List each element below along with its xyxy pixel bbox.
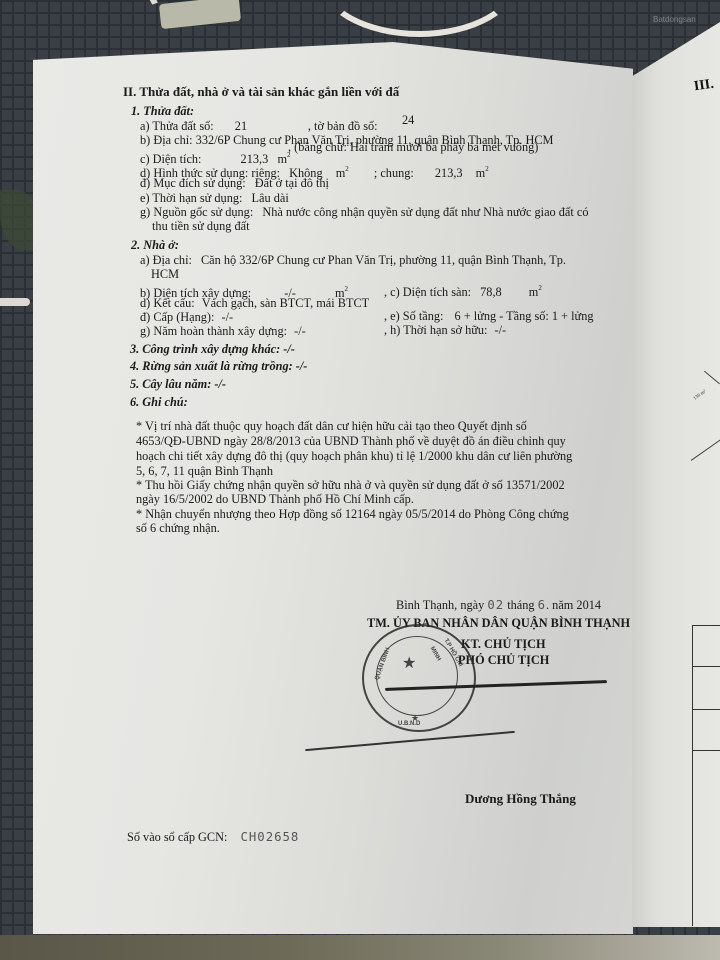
field-label: , e) Số tầng: <box>384 309 443 323</box>
house-heading: 2. Nhà ở: <box>131 237 179 253</box>
structure-value: Vách gạch, sàn BTCT, mái BTCT <box>198 296 369 310</box>
usage-purpose-row: đ) Mục đích sử dụng: Đất ở tại đô thị <box>140 175 329 191</box>
field-label: b) Địa chỉ: <box>140 133 193 147</box>
grade-value: -/- <box>218 310 234 324</box>
usage-origin-cont: thu tiền sử dụng đất <box>152 218 250 234</box>
land-heading: 1. Thửa đất: <box>131 103 194 119</box>
field-label: g) Năm hoàn thành xây dựng: <box>140 324 287 338</box>
note-line: số 6 chứng nhận. <box>136 520 220 536</box>
ownership-term-row: , h) Thời hạn sở hữu: -/- <box>384 322 506 338</box>
field-label: g) Nguồn gốc sử dụng: <box>140 205 253 219</box>
usage-term: Lâu dài <box>246 191 289 205</box>
seal-text: U.B.N.D <box>398 716 420 732</box>
land-area-words: , (bằng chữ: Hai trăm mười ba phẩy ba mé… <box>288 139 538 155</box>
section-title: II. Thửa đất, nhà ở và tài sản khác gắn … <box>123 84 399 100</box>
field-label: ; chung: <box>352 166 414 180</box>
month-label: tháng <box>507 598 534 612</box>
ownership-term-value: -/- <box>491 323 507 337</box>
unit: m <box>505 285 539 299</box>
note-line: hoạch chi tiết xây dựng đô thị (quy hoạc… <box>136 448 572 464</box>
year-label: năm 2014 <box>552 598 601 612</box>
field-label: d) Kết cấu: <box>140 296 195 310</box>
field-label: , c) Diện tích sàn: <box>384 285 471 299</box>
for-chairman: KT. CHỦ TỊCH <box>461 636 546 652</box>
floor-area-value: 78,8 <box>474 285 502 299</box>
floors-value: 6 + lửng - Tầng số: 1 + lửng <box>447 309 594 323</box>
field-label: , h) Thời hạn sở hữu: <box>384 323 487 337</box>
document-body: II. Thửa đất, nhà ở và tài sản khác gắn … <box>0 0 720 960</box>
registry-label: Số vào sổ cấp GCN: <box>127 830 227 844</box>
other-construction: 3. Công trình xây dựng khác: -/- <box>130 341 295 357</box>
field-label: , tờ bản đồ số: <box>308 119 378 133</box>
place-date: Bình Thạnh, ngày 02 tháng 6. năm 2014 <box>396 597 601 613</box>
perennial-trees: 5. Cây lâu năm: -/- <box>130 376 226 392</box>
usage-purpose: Đất ở tại đô thị <box>249 176 329 190</box>
signer-name: Dương Hồng Thắng <box>465 791 576 807</box>
note-line: ngày 16/5/2002 do UBND Thành phố Hồ Chí … <box>136 491 414 507</box>
house-address: Căn hộ 332/6P Chung cư Phan Văn Trị, phư… <box>195 253 566 267</box>
house-address-row: a) Địa chỉ: Căn hộ 332/6P Chung cư Phan … <box>140 252 566 268</box>
official-seal: ★ ★ QUẬN BÌNH T.P HỒ CHÍ MINH U.B.N.D <box>362 624 476 732</box>
completion-year-value: -/- <box>290 324 306 338</box>
field-label: a) Thửa đất số: <box>140 119 214 133</box>
date-month: 6 <box>538 598 546 612</box>
field-label: a) Địa chỉ: <box>140 253 192 267</box>
note-line: 4653/QĐ-UBND ngày 28/8/2013 của UBND Thà… <box>136 433 566 449</box>
registry-number: CH02658 <box>231 830 300 844</box>
place-date-prefix: Bình Thạnh, ngày <box>396 598 484 612</box>
registry-row: Số vào sổ cấp GCN: CH02658 <box>127 829 299 845</box>
notes-heading: 6. Ghi chú: <box>130 394 188 410</box>
field-label: e) Thời hạn sử dụng: <box>140 191 242 205</box>
production-forest: 4. Rừng sản xuất là rừng trồng: -/- <box>130 358 307 374</box>
map-sheet-number: 24 <box>402 112 414 128</box>
house-address-cont: HCM <box>151 266 179 282</box>
note-line: * Vị trí nhà đất thuộc quy hoạch đất dân… <box>136 418 527 434</box>
usage-origin: Nhà nước công nhận quyền sử dụng đất như… <box>256 205 588 219</box>
shared-area-value: 213,3 <box>417 166 463 180</box>
completion-year-row: g) Năm hoàn thành xây dựng: -/- <box>140 323 306 339</box>
field-label: đ) Mục đích sử dụng: <box>140 176 246 190</box>
field-label: đ) Cấp (Hạng): <box>140 310 214 324</box>
date-day: 02 <box>487 598 504 612</box>
star-icon: ★ <box>402 656 416 672</box>
unit: m <box>466 166 486 180</box>
floor-area-row: , c) Diện tích sàn: 78,8 m2 <box>384 280 542 300</box>
signature-stroke <box>305 731 514 751</box>
